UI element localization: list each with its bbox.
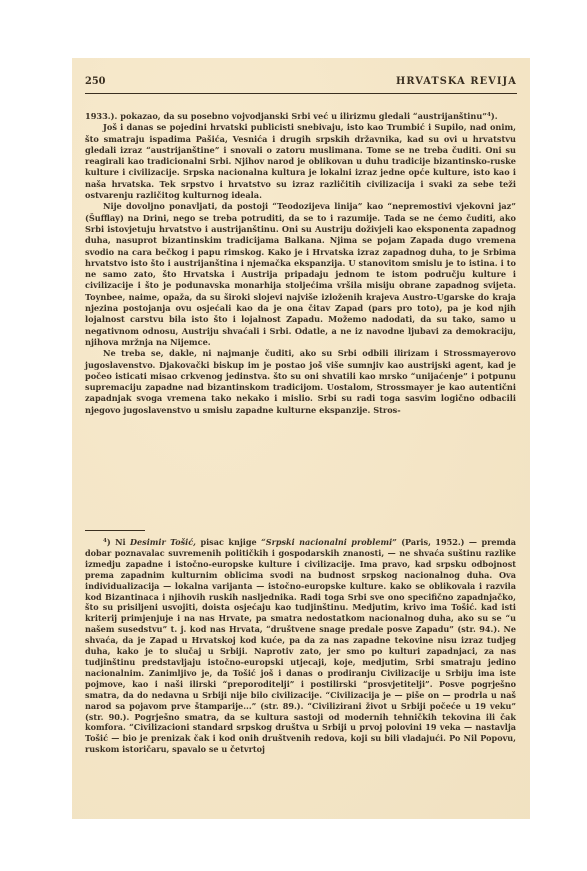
scanned-page: 250 HRVATSKA REVIJA 1933.). pokazao, da … bbox=[72, 58, 530, 819]
footnote: 4) Ni Desimir Tošić, pisac knjige “Srpsk… bbox=[85, 536, 516, 755]
footnote-rule bbox=[85, 530, 145, 531]
paragraph-3: Nije dovoljno ponavljati, da postoji “Te… bbox=[85, 201, 516, 348]
footnote-mid: pisac knjige bbox=[196, 537, 261, 547]
paragraph-1-tail: ). bbox=[491, 111, 498, 121]
paragraph-1: 1933.). pokazao, da su posebno vojvodjan… bbox=[85, 110, 516, 122]
header-rule bbox=[85, 93, 517, 94]
main-text: 1933.). pokazao, da su posebno vojvodjan… bbox=[85, 110, 516, 416]
footnote-lead: ) Ni bbox=[107, 537, 130, 547]
footnote-book-title: “Srpski nacionalni problemi” bbox=[261, 537, 397, 547]
paragraph-1-text: 1933.). pokazao, da su posebno vojvodjan… bbox=[85, 111, 487, 121]
footnote-author: Desimir Tošić, bbox=[130, 537, 196, 547]
page-number: 250 bbox=[85, 76, 105, 87]
footnote-text: (Paris, 1952.) — premda dobar poznavalac… bbox=[85, 537, 516, 754]
journal-title: HRVATSKA REVIJA bbox=[396, 76, 517, 87]
paragraph-4: Ne treba se, dakle, ni najmanje čuditi, … bbox=[85, 348, 516, 416]
paragraph-2: Još i danas se pojedini hrvatski publici… bbox=[85, 122, 516, 201]
footnote-paragraph: 4) Ni Desimir Tošić, pisac knjige “Srpsk… bbox=[85, 536, 516, 755]
running-head: 250 HRVATSKA REVIJA bbox=[85, 76, 517, 87]
